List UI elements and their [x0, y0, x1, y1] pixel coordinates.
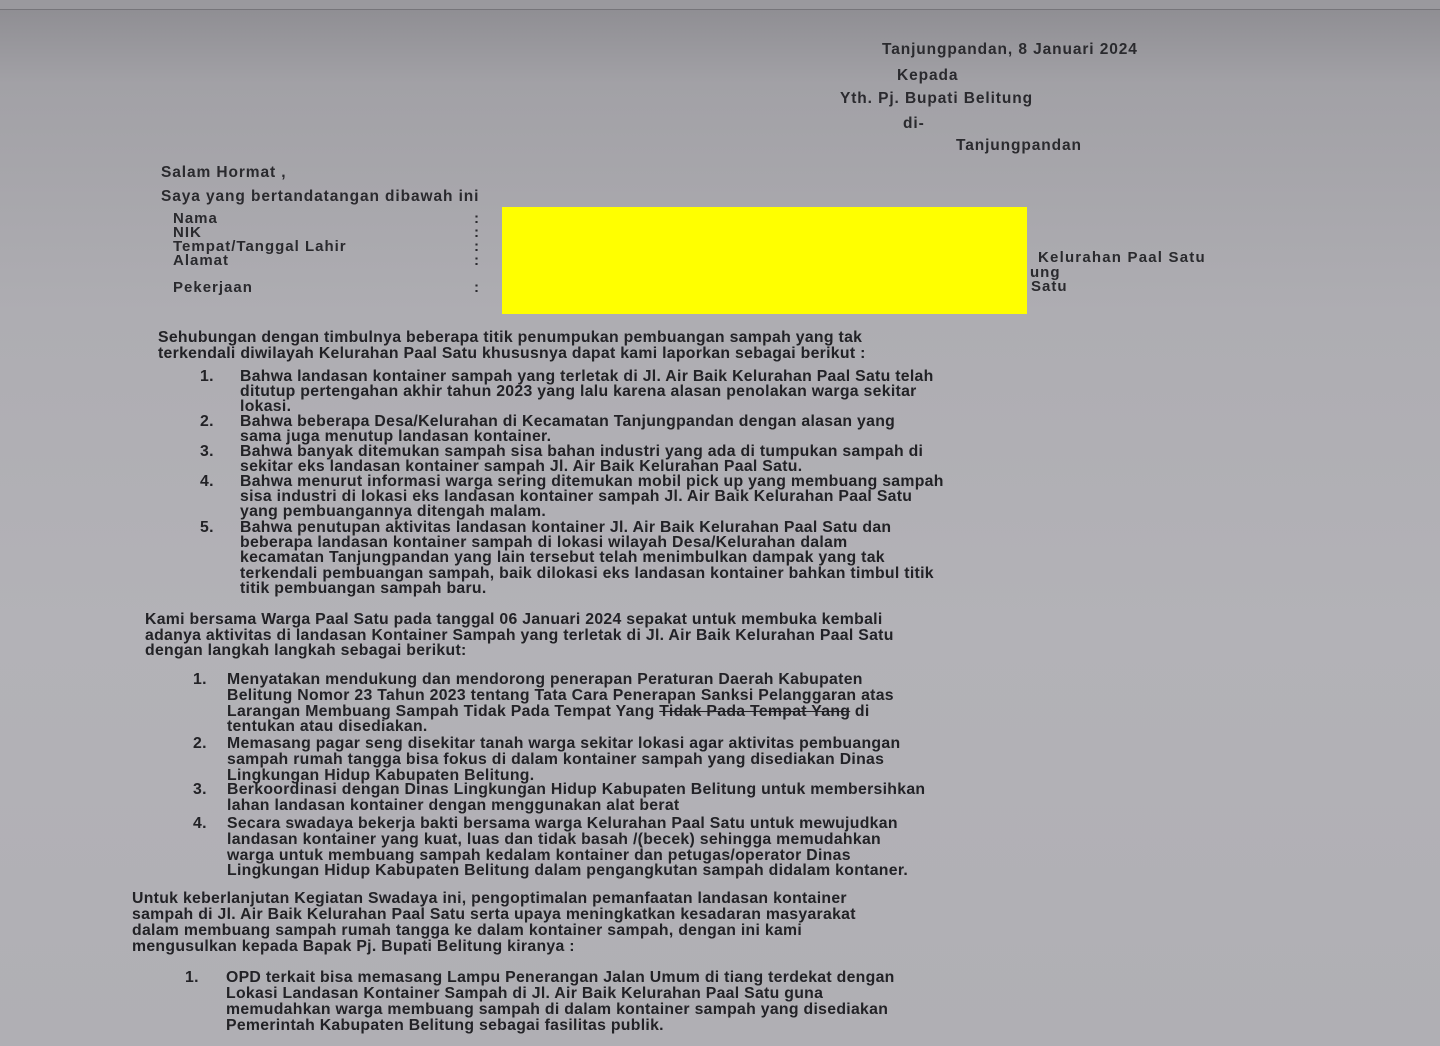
field-label-pekerjaan: Pekerjaan — [173, 281, 253, 295]
recipient-city: Tanjungpandan — [956, 137, 1082, 155]
report-item-text: sisa industri di lokasi eks landasan kon… — [240, 489, 1274, 504]
report-item-text: Bahwa penutupan aktivitas landasan konta… — [240, 520, 1274, 535]
action-item-text: Lingkungan Hidup Kabupaten Belitung dala… — [227, 863, 908, 878]
proposal-intro: Untuk keberlanjutan Kegiatan Swadaya ini… — [132, 891, 1284, 906]
action-item-text: Secara swadaya bekerja bakti bersama war… — [227, 816, 1281, 831]
report-item-text: beberapa landasan kontainer sampah di lo… — [240, 535, 1274, 550]
field-sep: : — [474, 281, 480, 295]
place-date: Tanjungpandan, 8 Januari 2024 — [882, 41, 1138, 59]
action-item-text: Menyatakan mendukung dan mendorong pener… — [227, 672, 1281, 687]
proposal-item-text: memudahkan warga membuang sampah di dala… — [226, 1002, 1286, 1017]
report-intro: Sehubungan dengan timbulnya beberapa tit… — [158, 330, 1274, 345]
action-item-number: 4. — [193, 816, 207, 831]
action-item-text: lahan landasan kontainer dengan mengguna… — [227, 798, 679, 813]
report-item-text: Bahwa landasan kontainer sampah yang ter… — [240, 369, 1274, 384]
proposal-intro: dalam membuang sampah rumah tangga ke da… — [132, 923, 1284, 938]
action-item-number: 2. — [193, 736, 207, 751]
actions-intro: dengan langkah langkah sebagai berikut: — [145, 643, 467, 658]
report-item-text: terkendali pembuangan sampah, baik dilok… — [240, 566, 1274, 581]
action-item-text: Larangan Membuang Sampah Tidak Pada Temp… — [227, 704, 1281, 719]
report-item-number: 3. — [200, 444, 214, 459]
to-label: Kepada — [897, 67, 958, 85]
actions-intro: Kami bersama Warga Paal Satu pada tangga… — [145, 612, 1279, 627]
letter-page: Tanjungpandan, 8 Januari 2024 Kepada Yth… — [0, 0, 1440, 1046]
address-fragment: Kelurahan Paal Satu — [1038, 251, 1206, 265]
redaction-box — [502, 207, 1027, 314]
intro-line: Saya yang bertandatangan dibawah ini — [161, 188, 479, 206]
report-item-number: 1. — [200, 369, 214, 384]
field-sep: : — [474, 254, 480, 268]
action-item-text: Memasang pagar seng disekitar tanah warg… — [227, 736, 1281, 751]
occupation-fragment: Satu — [1031, 280, 1068, 294]
recipient: Yth. Pj. Bupati Belitung — [840, 90, 1033, 108]
proposal-item-number: 1. — [185, 970, 199, 985]
proposal-item-text: Lokasi Landasan Kontainer Sampah di Jl. … — [226, 986, 1286, 1001]
report-item-number: 5. — [200, 520, 214, 535]
action-item-text: warga untuk membuang sampah kedalam kont… — [227, 848, 1281, 863]
report-item-text: ditutup pertengahan akhir tahun 2023 yan… — [240, 384, 1274, 399]
action-item-text: Belitung Nomor 23 Tahun 2023 tentang Tat… — [227, 688, 1281, 703]
field-label-alamat: Alamat — [173, 254, 229, 268]
at-label: di- — [903, 115, 925, 133]
report-item-number: 4. — [200, 474, 214, 489]
report-item-text: Bahwa beberapa Desa/Kelurahan di Kecamat… — [240, 414, 1274, 429]
proposal-intro: mengusulkan kepada Bapak Pj. Bupati Beli… — [132, 939, 575, 954]
report-intro: terkendali diwilayah Kelurahan Paal Satu… — [158, 346, 866, 361]
report-item-text: titik pembuangan sampah baru. — [240, 581, 487, 596]
greeting: Salam Hormat , — [161, 164, 286, 182]
report-item-number: 2. — [200, 414, 214, 429]
action-item-text: landasan kontainer yang kuat, luas dan t… — [227, 832, 1281, 847]
action-item-text: Berkoordinasi dengan Dinas Lingkungan Hi… — [227, 782, 1281, 797]
action-item-text: sampah rumah tangga bisa fokus di dalam … — [227, 752, 1281, 767]
report-item-text: Bahwa menurut informasi warga sering dit… — [240, 474, 1274, 489]
report-item-text: kecamatan Tanjungpandan yang lain terseb… — [240, 550, 1274, 565]
proposal-item-text: Pemerintah Kabupaten Belitung sebagai fa… — [226, 1018, 664, 1033]
proposal-item-text: OPD terkait bisa memasang Lampu Penerang… — [226, 970, 1286, 985]
actions-intro: adanya aktivitas di landasan Kontainer S… — [145, 628, 1279, 643]
action-item-text: tentukan atau disediakan. — [227, 719, 428, 734]
report-item-text: Bahwa banyak ditemukan sampah sisa bahan… — [240, 444, 1274, 459]
action-item-number: 1. — [193, 672, 207, 687]
struck-text: Tidak Pada Tempat Yang — [659, 703, 850, 720]
report-item-text: yang pembuangannya ditengah malam. — [240, 504, 546, 519]
action-item-number: 3. — [193, 782, 207, 797]
proposal-intro: sampah di Jl. Air Baik Kelurahan Paal Sa… — [132, 907, 1284, 922]
